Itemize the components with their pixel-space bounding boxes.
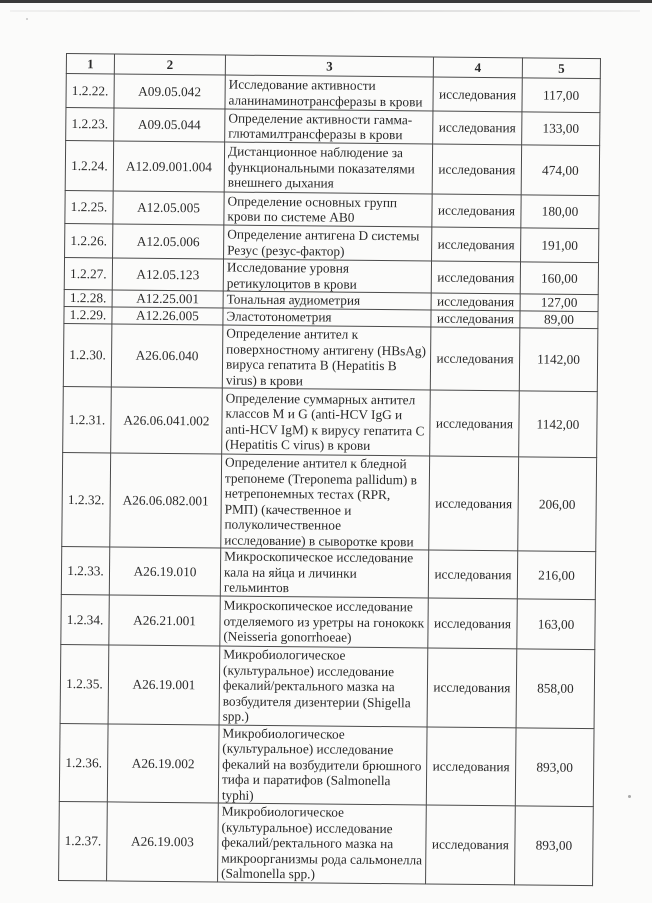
unit-of-measure: исследования xyxy=(427,648,517,727)
unit-of-measure: исследования xyxy=(431,310,520,328)
unit-of-measure: исследования xyxy=(428,598,517,649)
service-name: Определение антител к бледной трепонеме … xyxy=(221,454,430,550)
unit-of-measure: исследования xyxy=(432,144,521,195)
row-number: 1.2.33. xyxy=(61,546,109,594)
unit-of-measure: исследования xyxy=(433,77,522,112)
scan-top-edge xyxy=(0,0,652,3)
header-col-1: 1 xyxy=(66,54,114,74)
service-name: Исследование активности аланинаминотранс… xyxy=(225,75,433,111)
table-row: 1.2.27.A12.05.123Исследование уровня рет… xyxy=(64,257,598,294)
table-row: 1.2.23.A09.05.044Определение активности … xyxy=(66,108,600,146)
service-name: Микробиологическое (культуральное) иссле… xyxy=(218,725,427,805)
service-price: 127,00 xyxy=(520,294,598,312)
scan-speck xyxy=(628,795,631,798)
service-code: A12.05.123 xyxy=(112,258,223,291)
table-row: 1.2.33.A26.19.010Микроскопическое исслед… xyxy=(61,546,595,599)
table-row: 1.2.22.A09.05.042Исследование активности… xyxy=(66,74,600,113)
unit-of-measure: исследования xyxy=(426,726,516,805)
service-price: 191,00 xyxy=(521,228,599,263)
unit-of-measure: исследования xyxy=(433,111,522,145)
table-row: 1.2.26.A12.05.006Определение антигена D … xyxy=(65,223,599,262)
row-number: 1.2.22. xyxy=(66,74,114,108)
row-number: 1.2.30. xyxy=(63,323,112,386)
row-number: 1.2.26. xyxy=(65,223,113,257)
table-row: 1.2.35.A26.19.001Микробиологическое (кул… xyxy=(60,644,595,728)
service-code: A12.05.006 xyxy=(113,224,224,259)
row-number: 1.2.36. xyxy=(59,723,108,802)
unit-of-measure: исследования xyxy=(431,293,520,311)
service-price: 206,00 xyxy=(518,457,597,552)
service-price: 180,00 xyxy=(521,195,599,229)
service-code: A26.06.041.002 xyxy=(111,387,223,454)
service-price: 893,00 xyxy=(515,727,594,806)
header-col-2: 2 xyxy=(114,54,225,75)
table-row: 1.2.30.A26.06.040Определение антител к п… xyxy=(63,323,598,391)
service-price: 133,00 xyxy=(522,112,600,146)
header-col-3: 3 xyxy=(225,55,433,77)
table-row: 1.2.25.A12.05.005Определение основных гр… xyxy=(65,190,599,228)
service-price: 117,00 xyxy=(522,78,600,113)
unit-of-measure: исследования xyxy=(431,261,520,294)
table-row: 1.2.24.A12.09.001.004Дистанционное наблю… xyxy=(65,141,599,196)
scan-speck xyxy=(26,18,28,20)
table-row: 1.2.32.A26.06.082.001Определение антител… xyxy=(62,452,597,551)
row-number: 1.2.37. xyxy=(59,801,108,880)
service-name: Дистанционное наблюдение за функциональн… xyxy=(224,142,432,194)
table-body: 1.2.22.A09.05.042Исследование активности… xyxy=(59,74,601,886)
service-name: Эластотонометрия xyxy=(223,308,431,327)
header-col-4: 4 xyxy=(433,57,522,78)
service-price: 1142,00 xyxy=(519,328,598,392)
service-name: Тональная аудиометрия xyxy=(223,291,431,310)
header-col-5: 5 xyxy=(522,58,600,79)
service-code: A26.06.082.001 xyxy=(110,453,222,548)
unit-of-measure: исследования xyxy=(428,550,517,599)
row-number: 1.2.32. xyxy=(62,452,111,546)
service-price: 893,00 xyxy=(515,806,594,885)
service-name: Определение антигена D системы Резус (ре… xyxy=(224,225,432,261)
unit-of-measure: исследования xyxy=(429,456,519,551)
row-number: 1.2.25. xyxy=(65,190,113,223)
unit-of-measure: исследования xyxy=(432,227,521,262)
table-row: 1.2.31.A26.06.041.002Определение суммарн… xyxy=(63,386,598,457)
service-price: 163,00 xyxy=(517,599,595,650)
service-name: Микроскопическое исследование отделяемог… xyxy=(220,596,428,648)
service-price: 160,00 xyxy=(520,262,598,295)
service-code: A12.05.005 xyxy=(113,191,224,225)
row-number: 1.2.24. xyxy=(65,141,113,191)
row-number: 1.2.31. xyxy=(63,386,112,452)
unit-of-measure: исследования xyxy=(426,805,516,884)
service-code: A26.06.040 xyxy=(111,324,223,388)
service-code: A09.05.044 xyxy=(114,108,225,142)
service-code: A26.19.001 xyxy=(108,645,220,725)
service-name: Определение суммарных антител классов M … xyxy=(222,388,431,456)
service-price: 474,00 xyxy=(521,145,599,196)
row-number: 1.2.34. xyxy=(61,594,109,644)
service-name: Определение антител к поверхностному ант… xyxy=(222,325,431,390)
service-code: A12.26.005 xyxy=(112,307,223,325)
service-price: 1142,00 xyxy=(519,391,598,458)
unit-of-measure: исследования xyxy=(432,194,521,228)
service-name: Исследование уровня ретикулоцитов в кров… xyxy=(223,259,431,293)
service-code: A09.05.042 xyxy=(114,74,225,109)
unit-of-measure: исследования xyxy=(430,390,520,457)
service-price: 216,00 xyxy=(517,551,595,600)
table-row: 1.2.36.A26.19.002Микробиологическое (кул… xyxy=(59,723,594,807)
table-row: 1.2.37.A26.19.003Микробиологическое (кул… xyxy=(59,801,594,885)
unit-of-measure: исследования xyxy=(430,327,520,391)
service-name: Микробиологическое (культуральное) иссле… xyxy=(219,646,428,726)
service-code: A26.19.010 xyxy=(109,547,220,596)
service-name: Определение основных групп крови по сист… xyxy=(224,192,432,227)
scan-artifact-line xyxy=(10,10,640,12)
price-list-table: 1 2 3 4 5 1.2.22.A09.05.042Исследование … xyxy=(58,53,601,886)
row-number: 1.2.23. xyxy=(66,108,114,141)
table-row: 1.2.34.A26.21.001Микроскопическое исслед… xyxy=(61,594,595,649)
service-price: 89,00 xyxy=(520,311,598,329)
row-number: 1.2.35. xyxy=(60,644,109,723)
service-name: Определение активности гамма-глютамилтра… xyxy=(225,109,433,144)
service-name: Микроскопическое исследование кала на яй… xyxy=(220,548,428,598)
service-price: 858,00 xyxy=(516,649,595,728)
service-code: A12.09.001.004 xyxy=(113,141,224,192)
service-name: Микробиологическое (культуральное) иссле… xyxy=(218,803,427,883)
service-code: A26.19.003 xyxy=(107,802,219,882)
row-number: 1.2.28. xyxy=(64,289,112,306)
row-number: 1.2.29. xyxy=(64,306,112,323)
price-list-page: 1 2 3 4 5 1.2.22.A09.05.042Исследование … xyxy=(58,53,600,886)
service-code: A12.25.001 xyxy=(112,290,223,308)
row-number: 1.2.27. xyxy=(64,257,112,289)
service-code: A26.19.002 xyxy=(107,723,219,803)
service-code: A26.21.001 xyxy=(109,595,220,646)
